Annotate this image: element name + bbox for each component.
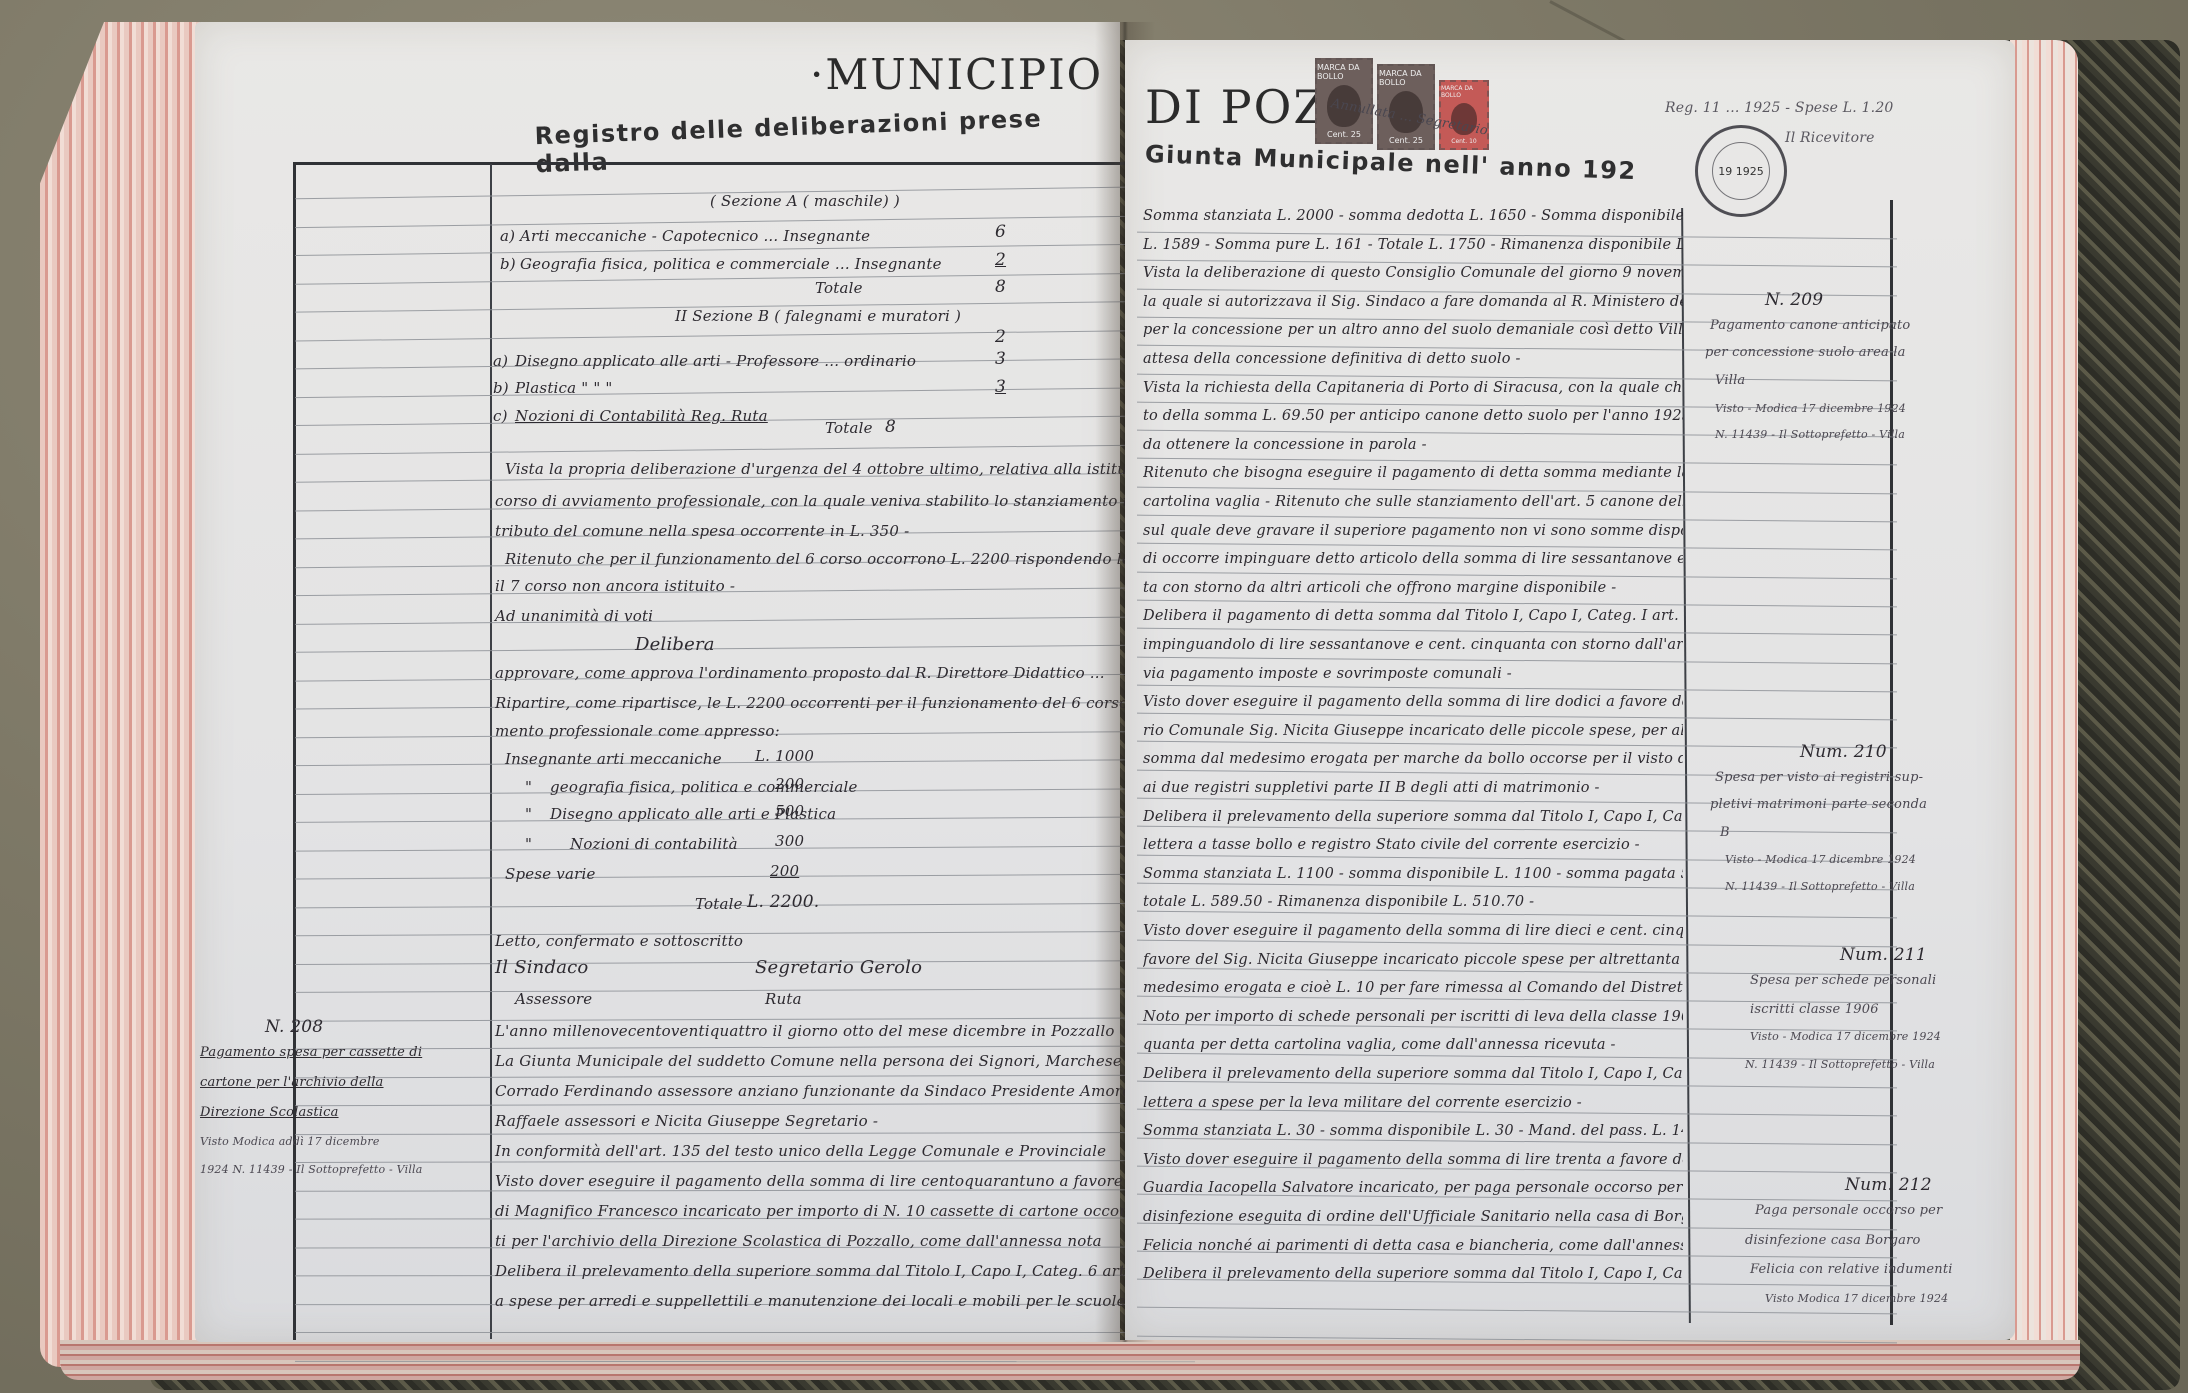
body-line: cartolina vaglia - Ritenuto che sulle st… xyxy=(1143,494,1683,510)
body-line: sul quale deve gravare il superiore paga… xyxy=(1143,523,1683,539)
expense-value: L. 1000 xyxy=(755,747,814,765)
margin-entry-ref: N. 11439 - Il Sottoprefetto - Villa xyxy=(1715,428,1905,441)
ruled-line xyxy=(295,1332,1195,1333)
registration-note: Reg. 11 ... 1925 - Spese L. 1.20 xyxy=(1665,100,1894,116)
body-line: per la concessione per un altro anno del… xyxy=(1143,322,1683,338)
body-line: to della somma L. 69.50 per anticipo can… xyxy=(1143,408,1683,424)
margin-entry-line: Pagamento spesa per cassette di xyxy=(200,1045,422,1060)
expense-total-label: Totale xyxy=(695,895,743,913)
body-line: totale L. 589.50 - Rimanenza disponibile… xyxy=(1143,894,1534,910)
margin-entry-ref: N. 11439 - Il Sottoprefetto - Villa xyxy=(1725,880,1915,893)
margin-entry-visto: Visto - Modica 17 dicembre 1924 xyxy=(1725,853,1916,866)
page-stack-right-edge xyxy=(2010,40,2078,1375)
margin-entry-visto: Visto - Modica 17 dicembre 1924 xyxy=(1715,402,1906,415)
body-line: Visto dover eseguire il pagamento della … xyxy=(1143,694,1683,710)
expense-marker: " xyxy=(525,778,532,796)
expense-label: Nozioni di contabilità xyxy=(570,835,738,853)
stamp-label: MARCA DA BOLLO xyxy=(1379,69,1433,87)
margin-entry-line: Paga personale occorso per xyxy=(1755,1203,1942,1218)
revenue-stamp: MARCA DA BOLLO Cent. 10 xyxy=(1439,80,1489,150)
margin-entry-number: Num. 212 xyxy=(1845,1175,1932,1195)
margin-entry-visto: Visto Modica addì 17 dicembre xyxy=(200,1135,380,1148)
margin-entry-line: Felicia con relative indumenti xyxy=(1750,1262,1953,1277)
signature-assessore: Assessore xyxy=(515,990,592,1008)
body-line: lettera a tasse bollo e registro Stato c… xyxy=(1143,837,1640,853)
section-a-item-value: 2 xyxy=(995,250,1006,270)
section-a-item-text: Geografia fisica, politica e commerciale… xyxy=(520,255,942,273)
stamp-label: MARCA DA BOLLO xyxy=(1441,85,1487,99)
body-line: Delibera il prelevamento della superiore… xyxy=(1143,1066,1683,1082)
body-line: il 7 corso non ancora istituito - xyxy=(495,577,735,595)
section-b-item-marker: b) xyxy=(493,379,509,397)
body-line: via pagamento imposte e sovrimposte comu… xyxy=(1143,666,1512,682)
body-line: approvare, come approva l'ordinamento pr… xyxy=(495,664,1105,682)
body-line: Somma stanziata L. 1100 - somma disponib… xyxy=(1143,866,1683,882)
body-line: impinguandolo di lire sessantanove e cen… xyxy=(1143,637,1683,653)
margin-entry-number: Num. 210 xyxy=(1800,742,1887,762)
section-b-item-text: Nozioni di Contabilità Reg. Ruta xyxy=(515,407,768,425)
expense-label: Spese varie xyxy=(505,865,596,883)
body-line: Delibera il prelevamento della superiore… xyxy=(1143,809,1683,825)
margin-entry-line: pletivi matrimoni parte seconda xyxy=(1710,797,1927,812)
deliberation-208-line: La Giunta Municipale del suddetto Comune… xyxy=(495,1052,1122,1070)
section-b-heading: II Sezione B ( falegnami e muratori ) xyxy=(675,307,961,325)
expense-value: 200 xyxy=(770,862,799,880)
body-line: medesimo erogata e cioè L. 10 per fare r… xyxy=(1143,980,1683,996)
expense-value: 300 xyxy=(775,832,804,850)
deliberation-208-line: ti per l'archivio della Direzione Scolas… xyxy=(495,1232,1102,1250)
margin-entry-line: iscritti classe 1906 xyxy=(1750,1002,1879,1017)
section-b-total-label: Totale xyxy=(825,419,873,437)
margin-entry-line: Direzione Scolastica xyxy=(200,1105,339,1120)
deliberation-208-line: In conformità dell'art. 135 del testo un… xyxy=(495,1142,1106,1160)
closing-formula: Letto, confermato e sottoscritto xyxy=(495,932,743,950)
deliberation-208-line: di Magnifico Francesco incaricato per im… xyxy=(495,1202,1158,1220)
section-b-item-marker: c) xyxy=(493,407,508,425)
deliberation-208-line: L'anno millenovecentoventiquattro il gio… xyxy=(495,1022,1115,1040)
body-line: Vista la richiesta della Capitaneria di … xyxy=(1143,380,1683,396)
expense-value: 500 xyxy=(775,802,804,820)
body-line: Somma stanziata L. 30 - somma disponibil… xyxy=(1143,1123,1683,1139)
margin-entry-visto: Visto Modica 17 dicembre 1924 xyxy=(1765,1292,1948,1305)
margin-entry-line: per concessione suolo area la xyxy=(1705,345,1906,360)
margin-entry-line: cartone per l'archivio della xyxy=(200,1075,384,1090)
section-a-total: 8 xyxy=(995,277,1006,297)
deliberation-208-line: Raffaele assessori e Nicita Giuseppe Seg… xyxy=(495,1112,878,1130)
body-line: da ottenere la concessione in parola - xyxy=(1143,437,1427,453)
body-line: di occorre impinguare detto articolo del… xyxy=(1143,551,1683,567)
body-line: Vista la deliberazione di questo Consigl… xyxy=(1143,265,1683,281)
body-line: disinfezione eseguita di ordine dell'Uff… xyxy=(1143,1209,1683,1225)
body-line: Visto dover eseguire il pagamento della … xyxy=(1143,1152,1683,1168)
section-b-item-text: Plastica " " " xyxy=(515,379,613,397)
ruled-line xyxy=(295,1360,1195,1361)
registration-note-2: Il Ricevitore xyxy=(1785,130,1875,146)
right-page: DI POZ Giunta Municipale nell' anno 192 … xyxy=(1125,40,2015,1340)
body-line: Delibera il prelevamento della superiore… xyxy=(1143,1266,1683,1282)
printed-title-di-poz: DI POZ xyxy=(1145,80,1327,134)
body-line: favore del Sig. Nicita Giuseppe incarica… xyxy=(1143,952,1683,968)
expense-value: 200 xyxy=(775,775,804,793)
section-b-item-marker: a) xyxy=(493,352,508,370)
body-line: ta con storno da altri articoli che offr… xyxy=(1143,580,1616,596)
margin-entry-number: Num. 211 xyxy=(1840,945,1927,965)
body-line: Noto per importo di schede personali per… xyxy=(1143,1009,1683,1025)
margin-entry-visto: Visto - Modica 17 dicembre 1924 xyxy=(1750,1030,1941,1043)
deliberation-208-line: Visto dover eseguire il pagamento della … xyxy=(495,1172,1123,1190)
body-line: Somma stanziata L. 2000 - somma dedotta … xyxy=(1143,208,1683,224)
signature-sindaco: Il Sindaco xyxy=(495,957,588,978)
expense-total: L. 2200. xyxy=(747,892,819,912)
signature-segretario-sub: Ruta xyxy=(765,990,802,1008)
margin-entry-line: B xyxy=(1720,825,1730,840)
body-line: Visto dover eseguire il pagamento della … xyxy=(1143,923,1683,939)
margin-entry-ref: N. 11439 - Il Sottoprefetto - Villa xyxy=(1745,1058,1935,1071)
section-a-item-text: Arti meccaniche - Capotecnico ... Insegn… xyxy=(520,227,870,245)
margin-entry-ref: 1924 N. 11439 - Il Sottoprefetto - Villa xyxy=(200,1163,423,1176)
body-line: attesa della concessione definitiva di d… xyxy=(1143,351,1521,367)
margin-entry-line: Spesa per visto ai registri sup- xyxy=(1715,770,1923,785)
margin-entry-line: Villa xyxy=(1715,373,1745,388)
body-line: la quale si autorizzava il Sig. Sindaco … xyxy=(1143,294,1683,310)
section-b-total: 8 xyxy=(885,417,896,437)
body-line: Delibera il pagamento di detta somma dal… xyxy=(1143,608,1683,624)
body-line: mento professionale come appresso: xyxy=(495,722,780,740)
section-b-item-value: 3 xyxy=(995,349,1006,369)
signature-segretario: Segretario Gerolo xyxy=(755,957,922,978)
expense-marker: " xyxy=(525,835,532,853)
stamp-label: MARCA DA BOLLO xyxy=(1317,63,1371,81)
body-line: lettera a spese per la leva militare del… xyxy=(1143,1095,1582,1111)
body-line: Ritenuto che bisogna eseguire il pagamen… xyxy=(1143,465,1683,481)
section-a-total-label: Totale xyxy=(815,279,863,297)
body-line: ai due registri suppletivi parte II B de… xyxy=(1143,780,1600,796)
section-a-item-value: 6 xyxy=(995,222,1006,242)
page-stack-left-edge xyxy=(40,22,200,1367)
margin-entry-line: disinfezione casa Borgaro xyxy=(1745,1233,1921,1248)
left-page: ·MUNICIPIO Registro delle deliberazioni … xyxy=(195,22,1120,1342)
section-a-heading: ( Sezione A ( maschile) ) xyxy=(710,192,900,210)
stamp-value: Cent. 10 xyxy=(1451,138,1477,145)
body-line: quanta per detta cartolina vaglia, come … xyxy=(1143,1037,1616,1053)
body-line: somma dal medesimo erogata per marche da… xyxy=(1143,751,1683,767)
stamp-value: Cent. 25 xyxy=(1389,136,1423,145)
margin-entry-line: Spesa per schede personali xyxy=(1750,973,1936,988)
body-line: tributo del comune nella spesa occorrent… xyxy=(495,522,909,540)
section-a-item-marker: a) xyxy=(500,227,515,245)
expense-label: Insegnante arti meccaniche xyxy=(505,750,722,768)
body-line: rio Comunale Sig. Nicita Giuseppe incari… xyxy=(1143,723,1683,739)
stamp-value: Cent. 25 xyxy=(1327,130,1361,139)
expense-label: geografia fisica, politica e commerciale xyxy=(550,778,858,796)
section-a-item-marker: b) xyxy=(500,255,516,273)
section-b-item-text: Disegno applicato alle arti - Professore… xyxy=(515,352,916,370)
margin-entry-number: N. 209 xyxy=(1765,290,1823,310)
body-line: Ad unanimità di voti xyxy=(495,607,653,625)
expense-marker: " xyxy=(525,805,532,823)
left-margin-column-divider xyxy=(490,164,492,1339)
body-line: Guardia Iacopella Salvatore incaricato, … xyxy=(1143,1180,1683,1196)
seal-center: 19 1925 xyxy=(1712,142,1770,200)
body-line: Felicia nonché ai parimenti di detta cas… xyxy=(1143,1238,1683,1254)
margin-entry-number: N. 208 xyxy=(265,1017,323,1037)
printed-title-municipio: ·MUNICIPIO xyxy=(810,50,1103,99)
section-b-item-value: 3 xyxy=(995,377,1006,397)
body-line: L. 1589 - Somma pure L. 161 - Totale L. … xyxy=(1143,237,1683,253)
margin-entry-line: Pagamento canone anticipato xyxy=(1710,318,1910,333)
delibera-heading: Delibera xyxy=(635,634,715,655)
section-b-item-value: 2 xyxy=(995,327,1006,347)
